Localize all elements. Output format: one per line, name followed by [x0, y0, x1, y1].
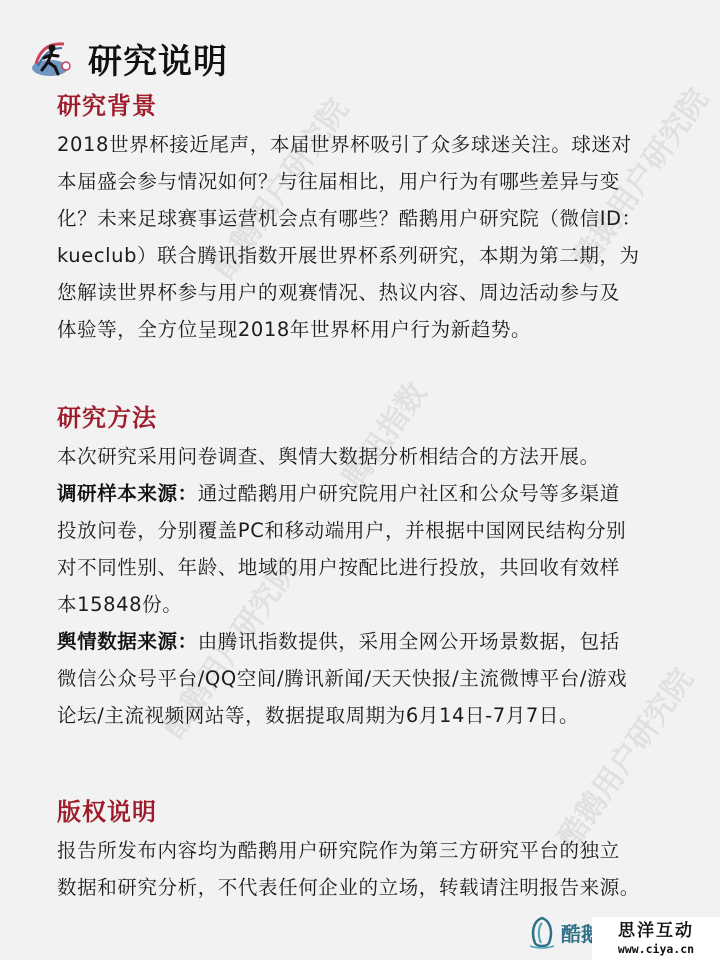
- text-line: 本15848份。: [57, 586, 697, 623]
- badge-url: www.ciya.cn: [592, 942, 720, 956]
- document-page: 酷鹅用户研究院 酷鹅用户研究院 腾讯指数 酷鹅用户研究院 酷鹅用户研究院 研究说…: [0, 0, 720, 960]
- section-title: 研究背景: [57, 86, 697, 126]
- sample-source-label: 调研样本来源：: [57, 482, 198, 505]
- text-line: kueclub）联合腾讯指数开展世界杯系列研究，本期为第二期，为: [57, 237, 697, 274]
- football-player-icon: [28, 34, 76, 82]
- page-title: 研究说明: [88, 34, 228, 83]
- section-title: 版权说明: [57, 792, 697, 832]
- site-badge: 思洋互动 www.ciya.cn: [592, 917, 720, 960]
- section-title: 研究方法: [57, 398, 697, 438]
- section-research-background: 研究背景 2018世界杯接近尾声，本届世界杯吸引了众多球迷关注。球迷对 本届盛会…: [57, 86, 697, 348]
- sample-source-text: 通过酷鹅用户研究院用户社区和公众号等多渠道: [198, 482, 620, 505]
- text-line: 论坛/主流视频网站等，数据提取周期为6月14日-7月7日。: [57, 697, 697, 734]
- text-line: 体验等，全方位呈现2018年世界杯用户行为新趋势。: [57, 311, 697, 348]
- text-line: 调研样本来源：通过酷鹅用户研究院用户社区和公众号等多渠道: [57, 475, 697, 512]
- text-line: 对不同性别、年龄、地域的用户按配比进行投放，共回收有效样: [57, 549, 697, 586]
- opinion-source-text: 由腾讯指数提供，采用全网公开场景数据，包括: [198, 630, 620, 653]
- penguin-logo-icon: [527, 915, 557, 949]
- section-research-method: 研究方法 本次研究采用问卷调查、舆情大数据分析相结合的方法开展。 调研样本来源：…: [57, 398, 697, 734]
- text-line: 本次研究采用问卷调查、舆情大数据分析相结合的方法开展。: [57, 438, 697, 475]
- text-line: 微信公众号平台/QQ空间/腾讯新闻/天天快报/主流微博平台/游戏: [57, 660, 697, 697]
- page-header: 研究说明: [28, 30, 228, 86]
- paragraph: 本次研究采用问卷调查、舆情大数据分析相结合的方法开展。 调研样本来源：通过酷鹅用…: [57, 438, 697, 734]
- paragraph: 2018世界杯接近尾声，本届世界杯吸引了众多球迷关注。球迷对 本届盛会参与情况如…: [57, 126, 697, 348]
- section-copyright: 版权说明 报告所发布内容均为酷鹅用户研究院作为第三方研究平台的独立 数据和研究分…: [57, 792, 697, 906]
- text-line: 2018世界杯接近尾声，本届世界杯吸引了众多球迷关注。球迷对: [57, 126, 697, 163]
- text-line: 投放问卷，分别覆盖PC和移动端用户，并根据中国网民结构分别: [57, 512, 697, 549]
- opinion-source-label: 舆情数据来源：: [57, 630, 198, 653]
- paragraph: 报告所发布内容均为酷鹅用户研究院作为第三方研究平台的独立 数据和研究分析，不代表…: [57, 832, 697, 906]
- text-line: 舆情数据来源：由腾讯指数提供，采用全网公开场景数据，包括: [57, 623, 697, 660]
- text-line: 报告所发布内容均为酷鹅用户研究院作为第三方研究平台的独立: [57, 832, 697, 869]
- footer-brand-logo: 酷鹅: [527, 915, 601, 949]
- text-line: 数据和研究分析，不代表任何企业的立场，转载请注明报告来源。: [57, 869, 697, 906]
- text-line: 本届盛会参与情况如何？与往届相比，用户行为有哪些差异与变: [57, 163, 697, 200]
- text-line: 化？未来足球赛事运营机会点有哪些？酷鹅用户研究院（微信ID：: [57, 200, 697, 237]
- text-line: 您解读世界杯参与用户的观赛情况、热议内容、周边活动参与及: [57, 274, 697, 311]
- badge-title: 思洋互动: [592, 920, 720, 942]
